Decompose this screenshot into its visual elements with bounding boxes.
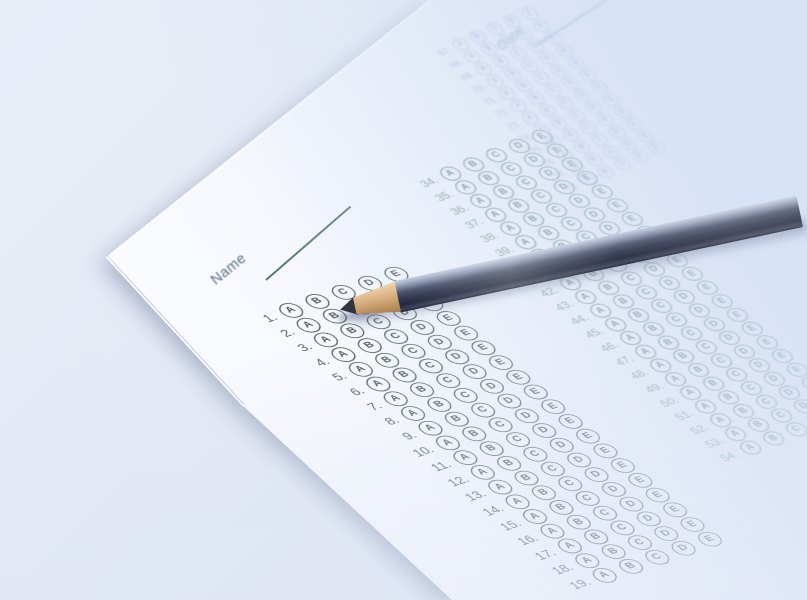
answer-bubble-c: C: [782, 420, 807, 439]
photo-answer-sheet-scene: Name Date 1.ABCDE2.ABCDE3.ABCDE4.ABCDE5.…: [0, 0, 807, 600]
